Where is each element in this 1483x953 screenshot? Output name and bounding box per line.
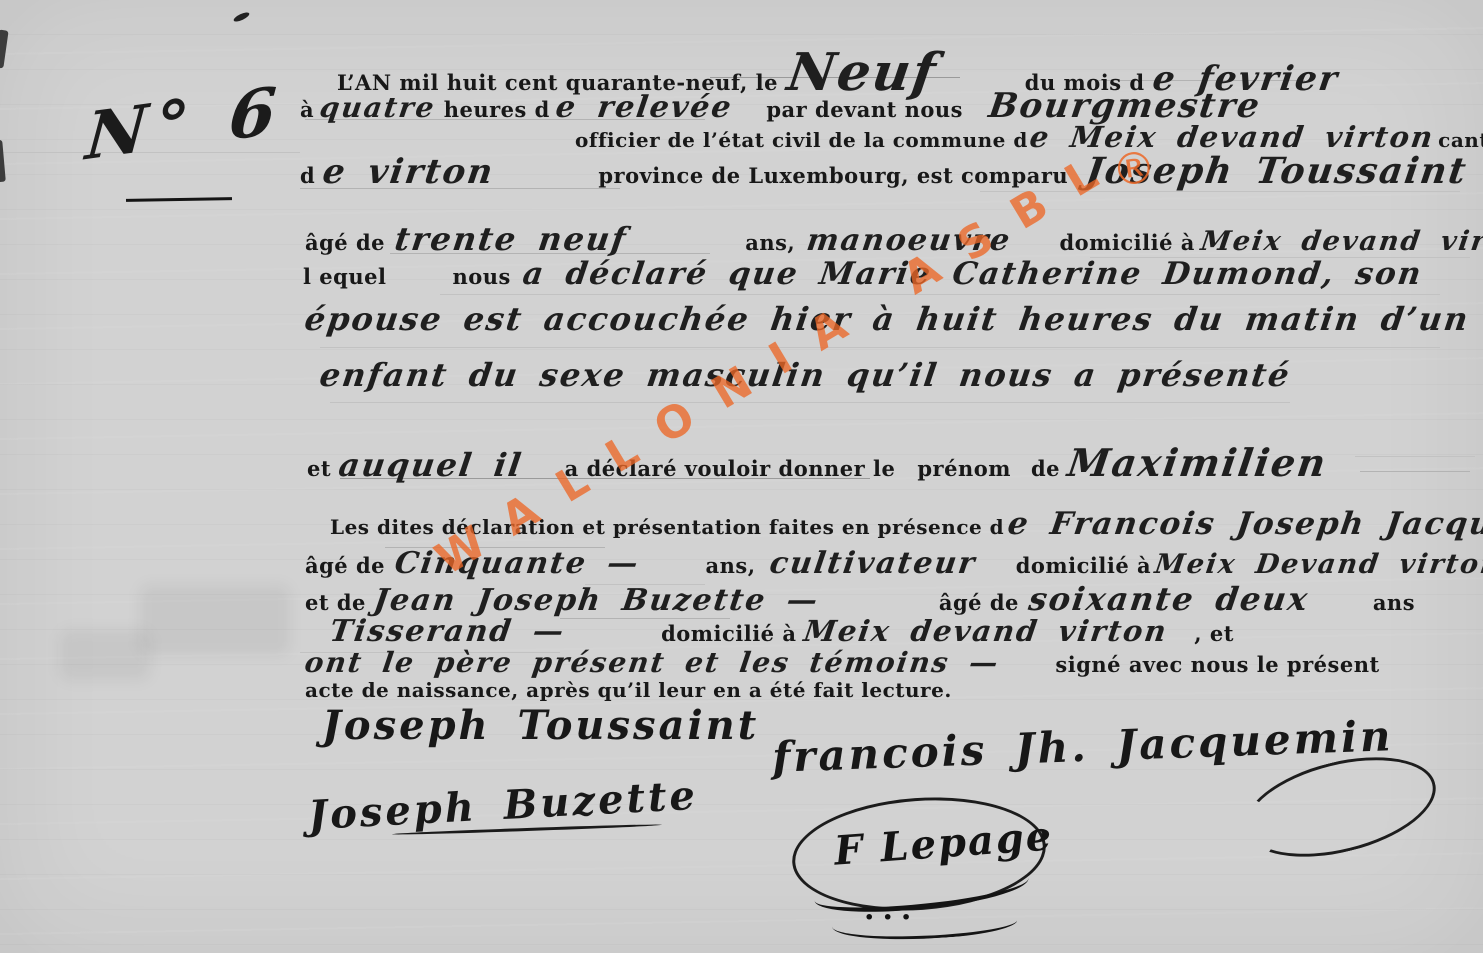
printed-text: domicilié à [1059, 230, 1194, 255]
printed-text: de [1031, 456, 1060, 481]
printed-text: d [300, 163, 315, 188]
printed-text: province de Luxembourg, est comparu [598, 163, 1068, 188]
printed-text: prénom [917, 456, 1011, 481]
signature-officer-block: F Lepage ··· [792, 792, 1060, 952]
act-line-13: Tisserand — domicilié à Meix devand virt… [330, 614, 1234, 649]
birth-record-scan: N° 6 L’AN mil huit cent quarante-neuf, l… [0, 0, 1483, 953]
scan-edge-mark [0, 140, 6, 183]
bleedthrough-smudge [140, 585, 290, 655]
handwritten-text: ont le père présent et les témoins — [303, 646, 1002, 679]
ruled-line [320, 347, 1440, 348]
printed-text: canton [1438, 128, 1483, 152]
handwritten-residence: Meix devand virton [802, 614, 1171, 648]
printed-text: a déclaré vouloir donner le [565, 456, 896, 481]
handwritten-child-name: Maximilien [1065, 440, 1330, 485]
handwritten-text: auquel il [336, 446, 525, 484]
act-number: N° 6 [83, 71, 287, 175]
handwritten-commune: e Meix devand virton [1027, 120, 1436, 154]
handwritten-residence: Meix devand virton [1199, 226, 1483, 257]
handwritten-hour: quatre [318, 91, 438, 124]
printed-text: , et [1194, 621, 1234, 646]
handwritten-declaration: a déclaré que Marie Catherine Dumond, so… [520, 256, 1425, 292]
printed-text: âgé de [305, 553, 385, 578]
printed-text: domicilié à [661, 621, 796, 646]
ruled-line [440, 294, 1440, 295]
handwritten-text: enfant du sexe masculin qu’il nous a pré… [317, 356, 1293, 394]
printed-text: ans, [745, 230, 795, 255]
act-line-12: et de Jean Joseph Buzette — âgé de soixa… [305, 580, 1415, 618]
printed-text: ans, [706, 553, 756, 578]
act-line-9: et auquel il a déclaré vouloir donner le… [307, 440, 1327, 485]
printed-text: Les dites déclaration et présentation fa… [330, 515, 1004, 539]
printed-text: officier de l’état civil de la commune d [575, 128, 1028, 152]
handwritten-age: soixante deux [1026, 580, 1311, 618]
ink-mark [233, 11, 251, 24]
act-line-10: Les dites déclaration et présentation fa… [330, 506, 1483, 542]
handwritten-text: épouse est accouchée hier à huit heures … [302, 300, 1472, 338]
handwritten-profession: Tisserand — [328, 614, 568, 649]
act-line-4: d e virton province de Luxembourg, est c… [300, 150, 1467, 192]
act-number-underline [126, 197, 232, 202]
act-line-7: épouse est accouchée hier à huit heures … [305, 300, 1469, 338]
printed-text: heures d [444, 97, 550, 122]
printed-text: par devant nous [766, 97, 963, 122]
printed-text: âgé de [939, 590, 1019, 615]
act-line-14: ont le père présent et les témoins — sig… [305, 646, 1380, 679]
handwritten-age: trente neuf [392, 220, 630, 258]
scan-edge-mark [0, 29, 9, 68]
printed-text: acte de naissance, après qu’il leur en a… [305, 678, 952, 702]
handwritten-profession: cultivateur [767, 546, 978, 581]
printed-text: âgé de [305, 230, 385, 255]
act-line-6: l equel nous a déclaré que Marie Catheri… [303, 256, 1422, 292]
handwritten-declarant-name: Joseph Toussaint [1083, 150, 1470, 192]
printed-text: et [307, 456, 331, 481]
ruled-line [1360, 471, 1470, 472]
handwritten-profession: manoeuvre [805, 223, 1014, 258]
signature-declarant: Joseph Toussaint [322, 702, 759, 749]
printed-text: et de [305, 590, 366, 615]
printed-text: l equel [303, 264, 386, 289]
printed-text: signé avec nous le présent [1055, 652, 1379, 677]
ruled-line [1355, 456, 1475, 457]
printed-text: à [300, 97, 314, 122]
handwritten-witness1-name: e Francois Joseph Jacquemin [1006, 506, 1483, 542]
bleedthrough-smudge [60, 630, 150, 680]
printed-text: nous [452, 264, 510, 289]
printed-text: domicilié à [1016, 553, 1151, 578]
ruled-line [330, 402, 1290, 403]
act-line-8: enfant du sexe masculin qu’il nous a pré… [320, 356, 1291, 394]
act-line-15: acte de naissance, après qu’il leur en a… [305, 678, 952, 702]
act-line-5: âgé de trente neuf ans, manoeuvre domici… [305, 220, 1483, 258]
handwritten-residence: Meix Devand virton [1153, 549, 1483, 580]
act-line-3: officier de l’état civil de la commune d… [575, 120, 1483, 154]
printed-text: ans [1373, 590, 1415, 615]
handwritten-witness2-name: Jean Joseph Buzette — [371, 583, 821, 618]
act-line-11: âgé de Cinquante — ans, cultivateur domi… [305, 546, 1483, 581]
handwritten-age: Cinquante — [393, 546, 642, 581]
handwritten-canton: e virton [320, 152, 497, 192]
